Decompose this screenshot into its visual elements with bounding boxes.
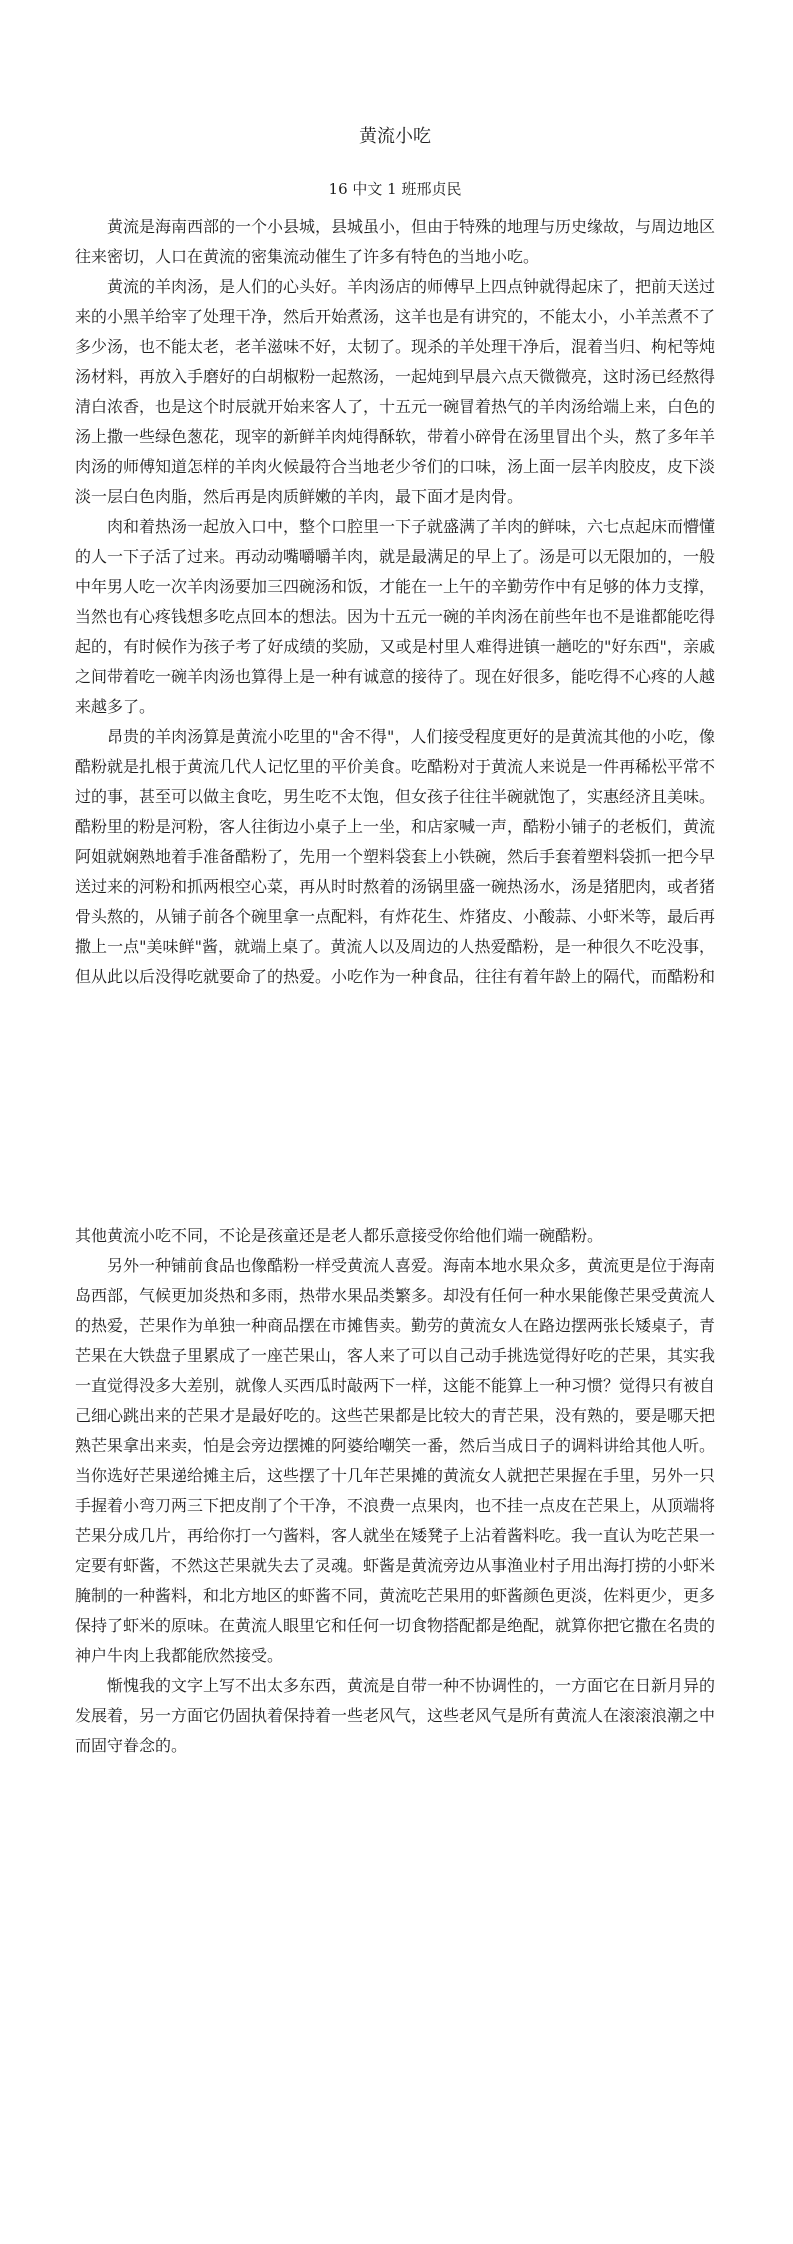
paragraph-kufen-part2-continued: 其他黄流小吃不同，不论是孩童还是老人都乐意接受你给他们端一碗酷粉。: [75, 1221, 715, 1251]
paragraph-kufen-part1: 昂贵的羊肉汤算是黄流小吃里的"舍不得"，人们接受程度更好的是黄流其他的小吃，像酷…: [75, 722, 715, 992]
paragraph-mutton-soup-eating: 肉和着热汤一起放入口中，整个口腔里一下子就盛满了羊肉的鲜味，六七点起床而懵懂的人…: [75, 512, 715, 722]
paragraph-mango-shrimp-paste: 另外一种铺前食品也像酷粉一样受黄流人喜爱。海南本地水果众多，黄流更是位于海南岛西…: [75, 1251, 715, 1671]
document-byline: 16 中文 1 班邢贞民: [75, 174, 715, 204]
paragraph-intro: 黄流是海南西部的一个小县城，县城虽小，但由于特殊的地理与历史缘故，与周边地区往来…: [75, 212, 715, 272]
page-break-gap: [75, 992, 715, 1221]
paragraph-mutton-soup-making: 黄流的羊肉汤，是人们的心头好。羊肉汤店的师傅早上四点钟就得起床了，把前天送过来的…: [75, 272, 715, 512]
document-page: 黄流小吃 16 中文 1 班邢贞民 黄流是海南西部的一个小县城，县城虽小，但由于…: [0, 0, 793, 2244]
document-title: 黄流小吃: [75, 0, 715, 152]
paragraph-conclusion: 惭愧我的文字上写不出太多东西，黄流是自带一种不协调性的，一方面它在日新月异的发展…: [75, 1671, 715, 1761]
document-content: 黄流小吃 16 中文 1 班邢贞民 黄流是海南西部的一个小县城，县城虽小，但由于…: [0, 0, 793, 1761]
